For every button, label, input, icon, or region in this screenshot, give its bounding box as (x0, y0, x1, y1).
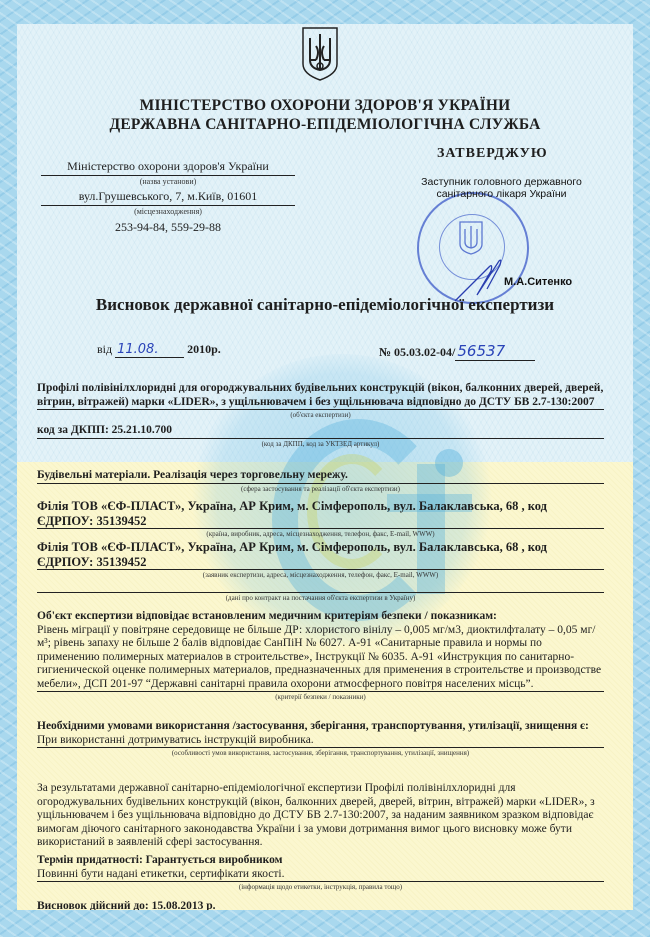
number-handwritten: 56537 (455, 342, 535, 361)
institution-phones: 253-94-84, 559-29-88 (41, 218, 295, 236)
institution-address-caption: (місцезнаходження) (41, 206, 295, 218)
certificate-sheet: МІНІСТЕРСТВО ОХОРОНИ ЗДОРОВ'Я УКРАЇНИ ДЕ… (17, 24, 633, 910)
criteria-heading: Об'єкт експертизи відповідає встановлени… (37, 610, 604, 624)
object-text: Профілі полівінілхлоридні для огороджува… (37, 382, 604, 410)
shelf-life-section: Термін придатності: Гарантується виробни… (37, 854, 604, 893)
tryzub-shield-icon (300, 26, 340, 82)
document-date: від 11.08. 2010р. (97, 342, 221, 358)
conditions-heading: Необхідними умовами використання /застос… (37, 720, 604, 734)
conditions-text: При використанні дотримуватись інструкці… (37, 734, 604, 749)
manufacturer-caption: (країна, виробник, адреса, місцезнаходже… (37, 529, 604, 540)
contract-text (37, 578, 604, 593)
number-prefix: № 05.03.02-04/ (379, 345, 455, 359)
object-code-caption: (код за ДКПП, код за УКТЗЕД артикул) (37, 439, 604, 450)
object-code: код за ДКПП: 25.21.10.700 (37, 424, 604, 439)
date-handwritten: 11.08. (115, 342, 184, 358)
conclusion-section: За результатами державної санітарно-епід… (37, 782, 604, 850)
ministry-line-1: МІНІСТЕРСТВО ОХОРОНИ ЗДОРОВ'Я УКРАЇНИ (17, 96, 633, 115)
institution-block: Міністерство охорони здоров'я України (н… (41, 158, 295, 236)
institution-address: вул.Грушевського, 7, м.Київ, 01601 (41, 188, 295, 206)
shelf-life-caption: (інформація щодо етикетки, інструкція, п… (37, 882, 604, 893)
approval-role: Заступник головного державного санітарно… (409, 176, 594, 200)
ministry-line-2: ДЕРЖАВНА САНІТАРНО-ЕПІДЕМІОЛОГІЧНА СЛУЖБ… (17, 115, 633, 134)
document-number: № 05.03.02-04/56537 (379, 342, 535, 361)
criteria-caption: (критерії безпеки / показники) (37, 692, 604, 703)
manufacturer-text: Філія ТОВ «ЄФ-ПЛАСТ», Україна, АР Крим, … (37, 499, 604, 529)
contract-section: (дані про контракт на постачання об'єкта… (37, 578, 604, 604)
conditions-section: Необхідними умовами використання /застос… (37, 720, 604, 759)
signer-name: М.А.Ситенко (504, 276, 572, 288)
manufacturer-section: Філія ТОВ «ЄФ-ПЛАСТ», Україна, АР Крим, … (37, 499, 604, 581)
conclusion-text: За результатами державної санітарно-епід… (37, 782, 604, 850)
document-title: Висновок державної санітарно-епідеміолог… (17, 295, 633, 315)
criteria-text: Рівень міграції у повітряне середовище н… (37, 624, 604, 693)
validity-text: Висновок дійсний до: 15.08.2013 р. (37, 900, 604, 910)
approval-title: ЗАТВЕРДЖУЮ (437, 146, 548, 162)
institution-name-caption: (назва установи) (41, 176, 295, 188)
object-caption: (об'єкта експертизи) (37, 410, 604, 421)
scope-caption: (сфера застосування та реалізації об'єкт… (37, 484, 604, 495)
date-year: 2010р. (187, 342, 221, 356)
shelf-life-heading: Термін придатності: Гарантується виробни… (37, 854, 604, 868)
shelf-life-text: Повинні бути надані етикетки, сертифікат… (37, 868, 604, 883)
criteria-section: Об'єкт експертизи відповідає встановлени… (37, 610, 604, 703)
scope-section: Будівельні матеріали. Реалізація через т… (37, 469, 604, 495)
applicant-text: Філія ТОВ «ЄФ-ПЛАСТ», Україна, АР Крим, … (37, 540, 604, 570)
scope-text: Будівельні матеріали. Реалізація через т… (37, 469, 604, 484)
conditions-caption: (особливості умов використання, застосув… (37, 748, 604, 759)
approval-role-line-2: санітарного лікаря України (409, 188, 594, 200)
object-section: Профілі полівінілхлоридні для огороджува… (37, 382, 604, 450)
approval-role-line-1: Заступник головного державного (409, 176, 594, 188)
date-prefix: від (97, 342, 112, 356)
ministry-header: МІНІСТЕРСТВО ОХОРОНИ ЗДОРОВ'Я УКРАЇНИ ДЕ… (17, 96, 633, 134)
validity-section: Висновок дійсний до: 15.08.2013 р. (37, 900, 604, 910)
institution-name: Міністерство охорони здоров'я України (41, 158, 295, 176)
contract-caption: (дані про контракт на постачання об'єкта… (37, 593, 604, 604)
